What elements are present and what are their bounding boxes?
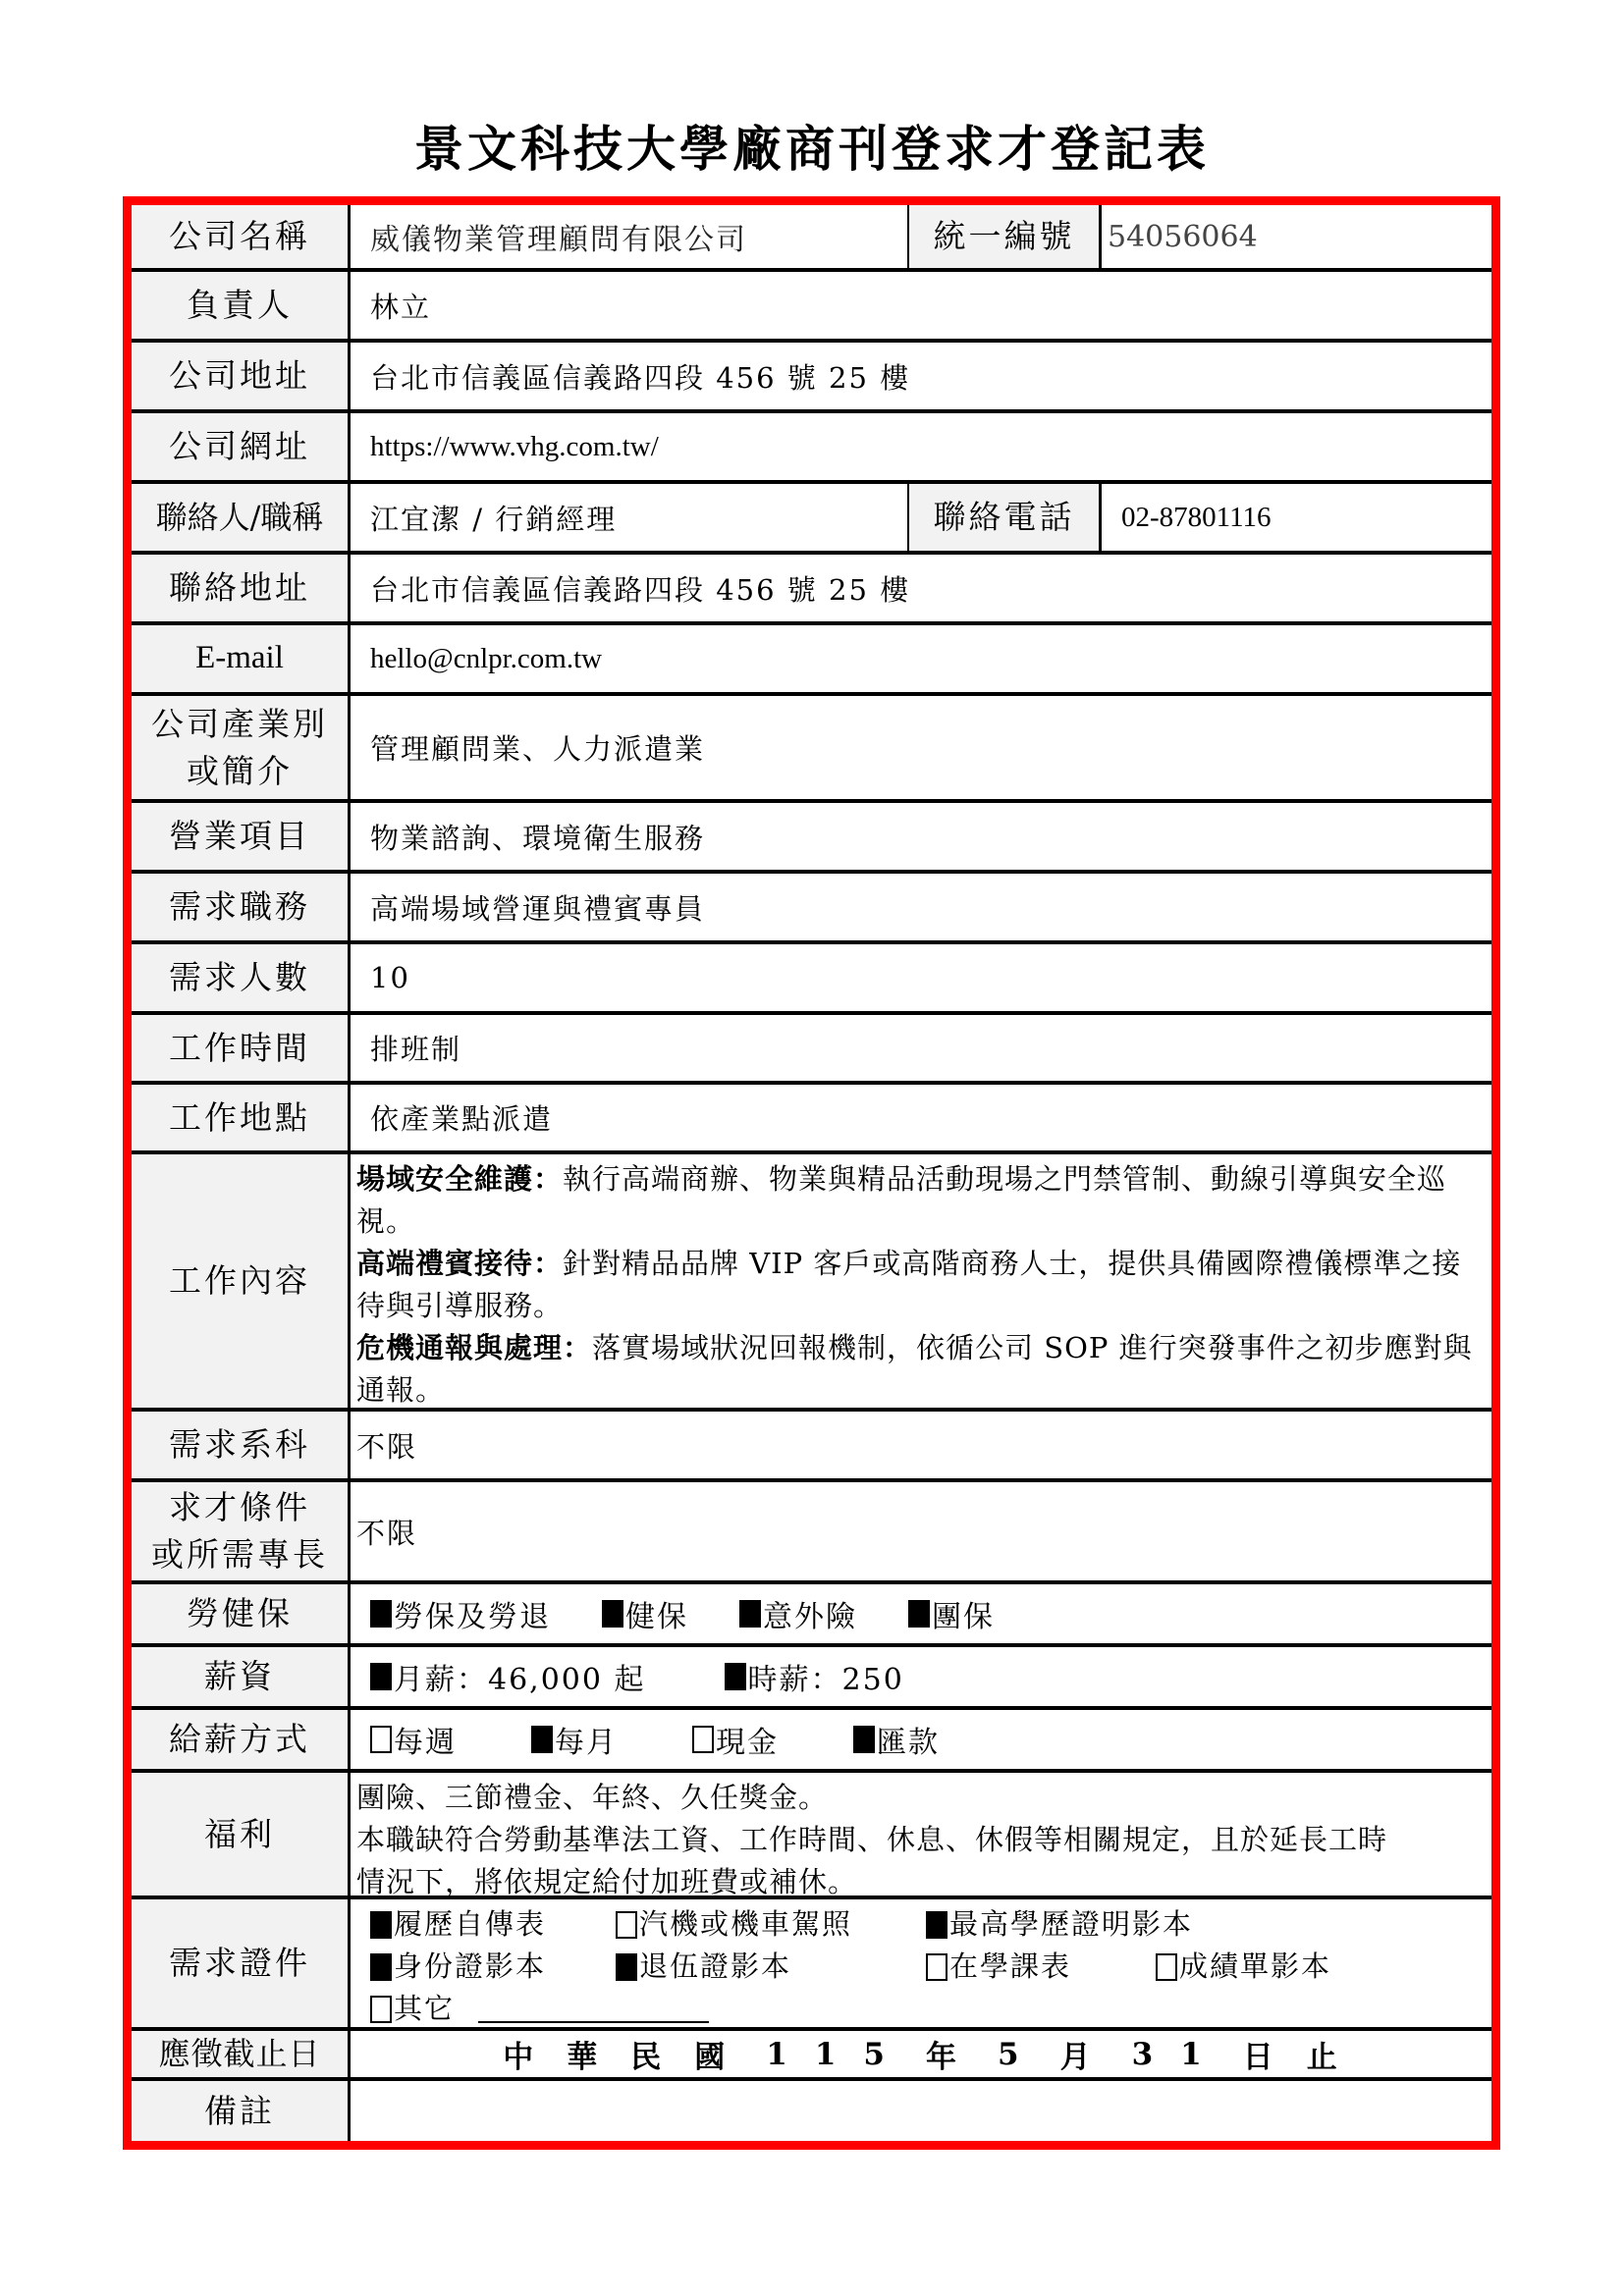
contact-person-value: 江宜潔 / 行銷經理 [351,484,905,551]
doc-option-id-card[interactable]: 身份證影本 [370,1946,616,1988]
row-work-location: 工作地點 依產業點派遣 [132,1085,1491,1154]
row-industry: 公司產業別 或簡介 管理顧問業、人力派遣業 [132,696,1491,803]
salary-option-hourly[interactable]: 時薪：250 [725,1655,904,1698]
row-email: E-mail hello@cnlpr.com.tw [132,625,1491,696]
job-content-item: 高端禮賓接待：針對精品品牌 VIP 客戶或高階商務人士，提供具備國際禮儀標準之接… [356,1243,1482,1327]
row-deadline: 應徵截止日 中 華 民 國 1 1 5 年 5 月 3 1 日 止 [132,2031,1491,2081]
contact-phone-value: 02-87801116 [1102,484,1491,551]
company-name-label: 公司名稱 [132,205,351,268]
job-content-item: 場域安全維護：執行高端商辦、物業與精品活動現場之門禁管制、動線引導與安全巡視。 [356,1158,1482,1243]
work-location-label: 工作地點 [132,1085,351,1150]
pay-option-transfer[interactable]: 匯款 [853,1718,940,1761]
deadline-value: 中 華 民 國 1 1 5 年 5 月 3 1 日 止 [351,2031,1491,2077]
checkbox-unchecked-icon[interactable] [1156,1953,1177,1981]
benefits-line: 情況下，將依規定給付加班費或補休。 [356,1861,1491,1896]
job-content-label: 工作內容 [132,1154,351,1408]
tax-id-value: 54056064 [1102,205,1491,268]
form-title: 景文科技大學廠商刊登求才登記表 [0,110,1624,181]
industry-label: 公司產業別 或簡介 [132,696,351,799]
checkbox-checked-icon[interactable] [602,1600,623,1628]
checkbox-checked-icon[interactable] [725,1663,746,1690]
requirements-label: 求才條件 或所需專長 [132,1482,351,1580]
doc-option-license[interactable]: 汽機或機車駕照 [616,1903,926,1946]
requirements-value: 不限 [351,1482,1491,1580]
doc-option-transcript[interactable]: 成績單影本 [1156,1946,1331,1988]
industry-label-line2: 或簡介 [187,748,293,795]
industry-value: 管理顧問業、人力派遣業 [351,696,1491,799]
insurance-label: 勞健保 [132,1584,351,1643]
row-benefits: 福利 團險、三節禮金、年終、久任獎金。 本職缺符合勞動基準法工資、工作時間、休息… [132,1773,1491,1899]
documents-label: 需求證件 [132,1899,351,2027]
doc-option-diploma[interactable]: 最高學歷證明影本 [926,1903,1193,1946]
doc-option-class-schedule[interactable]: 在學課表 [926,1946,1156,1988]
salary-label: 薪資 [132,1647,351,1706]
pay-option-weekly[interactable]: 每週 [370,1718,457,1761]
row-pay-method: 給薪方式 每週 每月 現金 匯款 [132,1710,1491,1773]
job-content-heading: 危機通報與處理： [356,1331,592,1364]
insurance-option-health[interactable]: 健保 [602,1592,688,1635]
tax-id-label: 統一編號 [907,205,1102,268]
position-value: 高端場域營運與禮賓專員 [351,874,1491,940]
checkbox-checked-icon[interactable] [370,1663,392,1690]
owner-label: 負責人 [132,272,351,339]
contact-person-label: 聯絡人/職稱 [132,484,351,551]
company-address-label: 公司地址 [132,343,351,409]
contact-address-label: 聯絡地址 [132,555,351,621]
row-insurance: 勞健保 勞保及勞退 健保 意外險 團保 [132,1584,1491,1647]
insurance-option-accident[interactable]: 意外險 [739,1592,857,1635]
row-business: 營業項目 物業諮詢、環境衛生服務 [132,803,1491,874]
work-hours-label: 工作時間 [132,1015,351,1081]
business-label: 營業項目 [132,803,351,870]
row-departments: 需求系科 不限 [132,1412,1491,1482]
row-contact: 聯絡人/職稱 江宜潔 / 行銷經理 聯絡電話 02-87801116 [132,484,1491,555]
email-value[interactable]: hello@cnlpr.com.tw [351,625,1491,692]
work-hours-value: 排班制 [351,1015,1491,1081]
row-owner: 負責人 林立 [132,272,1491,343]
row-contact-address: 聯絡地址 台北市信義區信義路四段 456 號 25 樓 [132,555,1491,625]
checkbox-unchecked-icon[interactable] [616,1911,637,1939]
insurance-option-group[interactable]: 團保 [908,1592,995,1635]
requirements-label-line1: 求才條件 [169,1484,310,1531]
pay-method-options: 每週 每月 現金 匯款 [351,1710,1491,1769]
checkbox-unchecked-icon[interactable] [370,1996,392,2023]
insurance-options: 勞保及勞退 健保 意外險 團保 [351,1584,1491,1643]
row-headcount: 需求人數 10 [132,944,1491,1015]
position-label: 需求職務 [132,874,351,940]
checkbox-checked-icon[interactable] [370,1911,392,1939]
website-value[interactable]: https://www.vhg.com.tw/ [351,413,1491,480]
website-label: 公司網址 [132,413,351,480]
industry-label-line1: 公司產業別 [151,701,328,748]
doc-option-other[interactable]: 其它 [370,1988,455,2030]
job-content-heading: 高端禮賓接待： [356,1247,563,1280]
benefits-line: 團險、三節禮金、年終、久任獎金。 [356,1777,1491,1819]
row-documents: 需求證件 履歷自傳表 汽機或機車駕照 最高學歷證明影本 身份證影本 退伍證影本 … [132,1899,1491,2031]
salary-options: 月薪：46,000 起 時薪：250 [351,1647,1491,1706]
benefits-line: 本職缺符合勞動基準法工資、工作時間、休息、休假等相關規定，且於延長工時 [356,1819,1491,1861]
doc-option-discharge[interactable]: 退伍證影本 [616,1946,926,1988]
doc-option-resume[interactable]: 履歷自傳表 [370,1903,616,1946]
checkbox-unchecked-icon[interactable] [692,1726,714,1753]
departments-label: 需求系科 [132,1412,351,1478]
company-name-value: 威儀物業管理顧問有限公司 [351,205,905,268]
pay-option-cash[interactable]: 現金 [692,1718,779,1761]
benefits-label: 福利 [132,1773,351,1896]
business-value: 物業諮詢、環境衛生服務 [351,803,1491,870]
email-label: E-mail [132,625,351,692]
benefits-value: 團險、三節禮金、年終、久任獎金。 本職缺符合勞動基準法工資、工作時間、休息、休假… [351,1773,1491,1896]
checkbox-checked-icon[interactable] [370,1953,392,1981]
work-location-value: 依產業點派遣 [351,1085,1491,1150]
job-content-heading: 場域安全維護： [356,1162,563,1196]
row-requirements: 求才條件 或所需專長 不限 [132,1482,1491,1584]
contact-address-value: 台北市信義區信義路四段 456 號 25 樓 [351,555,1491,621]
deadline-label: 應徵截止日 [132,2031,351,2077]
job-content-item: 危機通報與處理：落實場域狀況回報機制，依循公司 SOP 進行突發事件之初步應對與… [356,1327,1482,1412]
checkbox-checked-icon[interactable] [739,1600,761,1628]
checkbox-checked-icon[interactable] [616,1953,637,1981]
headcount-value: 10 [351,944,1491,1011]
row-company-name: 公司名稱 威儀物業管理顧問有限公司 統一編號 54056064 [132,205,1491,272]
insurance-option-labor[interactable]: 勞保及勞退 [370,1592,551,1635]
checkbox-checked-icon[interactable] [370,1600,392,1628]
row-remarks: 備註 [132,2081,1491,2141]
checkbox-unchecked-icon[interactable] [926,1953,947,1981]
row-position: 需求職務 高端場域營運與禮賓專員 [132,874,1491,944]
requirements-label-line2: 或所需專長 [151,1531,328,1578]
headcount-label: 需求人數 [132,944,351,1011]
checkbox-checked-icon[interactable] [853,1726,875,1753]
checkbox-unchecked-icon[interactable] [370,1726,392,1753]
other-document-field[interactable] [478,1996,709,2023]
row-job-content: 工作內容 場域安全維護：執行高端商辦、物業與精品活動現場之門禁管制、動線引導與安… [132,1154,1491,1412]
checkbox-checked-icon[interactable] [531,1726,553,1753]
row-work-hours: 工作時間 排班制 [132,1015,1491,1085]
remarks-label: 備註 [132,2081,351,2141]
salary-option-monthly[interactable]: 月薪：46,000 起 [370,1655,646,1698]
pay-option-monthly[interactable]: 每月 [531,1718,618,1761]
form-table: 公司名稱 威儀物業管理顧問有限公司 統一編號 54056064 負責人 林立 公… [123,196,1500,2150]
contact-phone-label: 聯絡電話 [907,484,1102,551]
owner-value: 林立 [351,272,1491,339]
job-content-value: 場域安全維護：執行高端商辦、物業與精品活動現場之門禁管制、動線引導與安全巡視。 … [351,1154,1491,1408]
documents-options: 履歷自傳表 汽機或機車駕照 最高學歷證明影本 身份證影本 退伍證影本 在學課表 … [351,1899,1491,2027]
row-website: 公司網址 https://www.vhg.com.tw/ [132,413,1491,484]
remarks-value[interactable] [351,2081,1491,2141]
departments-value: 不限 [351,1412,1491,1478]
company-address-value: 台北市信義區信義路四段 456 號 25 樓 [351,343,1491,409]
row-salary: 薪資 月薪：46,000 起 時薪：250 [132,1647,1491,1710]
row-company-address: 公司地址 台北市信義區信義路四段 456 號 25 樓 [132,343,1491,413]
checkbox-checked-icon[interactable] [926,1911,947,1939]
pay-method-label: 給薪方式 [132,1710,351,1769]
checkbox-checked-icon[interactable] [908,1600,930,1628]
